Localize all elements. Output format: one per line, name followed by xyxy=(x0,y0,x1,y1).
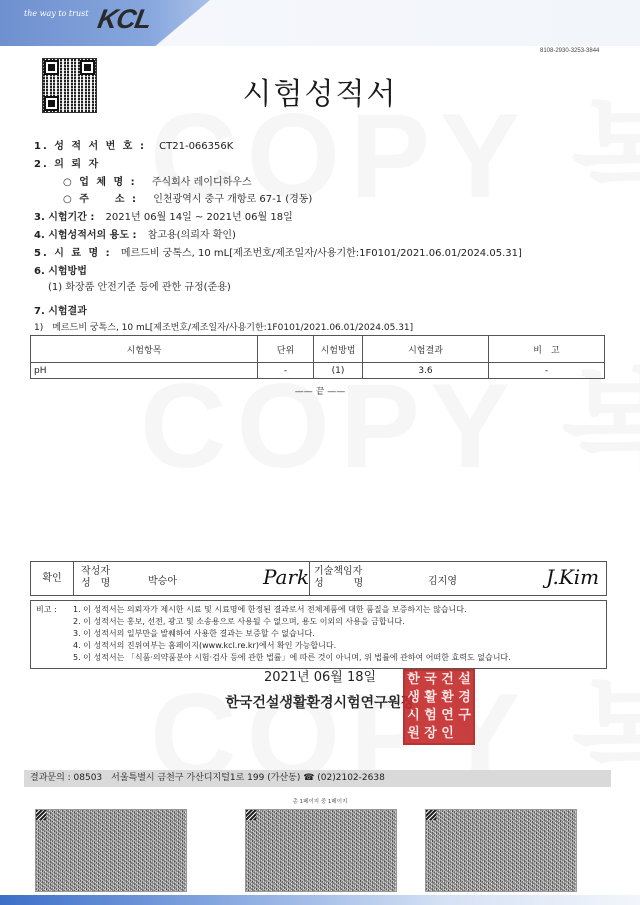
seal-char: 연 xyxy=(439,707,456,725)
cell-unit: - xyxy=(258,363,314,379)
confirmation-box: 확인 작성자 성 명 박승아 Park 기술책임자 성 명 김지영 J.Kim xyxy=(30,561,607,596)
report-number-label: 1. 성 적 서 번 호 : xyxy=(34,141,146,152)
writer-signature: Park xyxy=(263,565,309,589)
tech-manager-name: 김지영 xyxy=(428,572,457,587)
test-period-label: 3. 시험기간 : xyxy=(34,212,94,223)
seal-char: 생 xyxy=(405,689,422,707)
col-header-remarks: 비 고 xyxy=(489,336,605,363)
seal-char: 경 xyxy=(456,689,473,707)
test-results-label: 7. 시험결과 xyxy=(34,306,87,317)
confirm-label: 확인 xyxy=(31,562,74,595)
col-header-unit: 단위 xyxy=(258,336,314,363)
client-heading: 2. 의 뢰 자 xyxy=(34,155,100,170)
seal-char: 시 xyxy=(405,707,422,725)
tech-manager-signature: J.Kim xyxy=(546,565,599,589)
issuing-organization: 한국건설생활환경시험연구원장 xyxy=(0,692,640,712)
issue-date: 2021년 06월 18일 xyxy=(0,666,640,685)
document-serial: 8108-2930-3253-3844 xyxy=(540,48,599,54)
cell-test-item: pH xyxy=(31,363,258,379)
seal-char: 건 xyxy=(439,671,456,689)
seal-char: 국 xyxy=(422,671,439,689)
seal-char: 구 xyxy=(456,707,473,725)
sample-row: 5. 시 료 명 : 메르드비 궁톡스, 10 mL[제조번호/제조일자/사용기… xyxy=(34,244,522,259)
tech-role-name-label: 성 명 xyxy=(314,578,363,590)
note-item: 1. 이 성적서는 의뢰자가 제시한 시료 및 시료명에 한정된 결과로서 전체… xyxy=(73,604,467,615)
test-method-value: (1) 화장품 안전기준 등에 관한 규정(준용) xyxy=(48,278,231,293)
address-label: ○ 주 소 : xyxy=(63,194,138,205)
corner-mark-icon xyxy=(426,810,436,820)
writer-role-title: 작성자 xyxy=(81,566,110,578)
tagline: the way to trust xyxy=(24,9,88,18)
test-period-row: 3. 시험기간 : 2021년 06월 14일 ~ 2021년 06월 18일 xyxy=(34,208,293,223)
tech-role-title: 기술책임자 xyxy=(314,566,363,578)
company-label: ○ 업 체 명 : xyxy=(63,177,137,188)
col-header-result: 시험결과 xyxy=(363,336,489,363)
tech-manager-role: 기술책임자 성 명 xyxy=(314,566,363,590)
corner-mark-icon xyxy=(36,810,46,820)
cell-method: (1) xyxy=(314,363,363,379)
test-results-heading: 7. 시험결과 xyxy=(34,302,87,317)
security-pattern-image xyxy=(425,809,577,892)
sample-value: 메르드비 궁톡스, 10 mL[제조번호/제조일자/사용기한:1F0101/20… xyxy=(121,248,522,259)
security-pattern-image xyxy=(245,809,397,892)
notes-box: 비고 : 1. 이 성적서는 의뢰자가 제시한 시료 및 시료명에 한정된 결과… xyxy=(30,600,607,669)
purpose-label: 4. 시험성적서의 용도 : xyxy=(34,230,136,241)
seal-char: 한 xyxy=(405,671,422,689)
seal-char: 험 xyxy=(422,707,439,725)
test-method-label: 6. 시험방법 xyxy=(34,266,87,277)
notes-label: 비고 : xyxy=(36,604,57,615)
note-item: 3. 이 성적서의 일부만을 발췌하여 사용한 결과는 보증할 수 없습니다. xyxy=(73,628,315,639)
note-item: 2. 이 성적서는 홍보, 선전, 광고 및 소송용으로 사용될 수 없으며, … xyxy=(73,616,405,627)
company-value: 주식회사 레이디하우스 xyxy=(152,177,252,188)
note-item: 5. 이 성적서는 「식품·의약품분야 시험·검사 등에 관한 법률」에 따른 … xyxy=(73,652,511,663)
col-header-method: 시험방법 xyxy=(314,336,363,363)
footer-banner xyxy=(0,895,640,905)
seal-char xyxy=(456,725,473,743)
seal-char: 설 xyxy=(456,671,473,689)
address-row: ○ 주 소 : 인천광역시 중구 개항로 67-1 (경동) xyxy=(63,190,312,205)
kcl-logo: KCL xyxy=(95,4,153,35)
cell-result: 3.6 xyxy=(363,363,489,379)
note-item: 4. 이 성적서의 진위여부는 홈페이지(www.kcl.re.kr)에서 확인… xyxy=(73,640,336,651)
divider xyxy=(309,562,310,595)
report-number-row: 1. 성 적 서 번 호 : CT21-066356K xyxy=(34,137,233,152)
client-label: 2. 의 뢰 자 xyxy=(34,159,100,170)
official-seal-icon: 한 국 건 설 생 활 환 경 시 험 연 구 원 장 인 xyxy=(403,669,475,745)
page-count: 총 1페이지 중 1페이지 xyxy=(0,797,640,805)
corner-mark-icon xyxy=(246,810,256,820)
sample-label: 5. 시 료 명 : xyxy=(34,248,112,259)
seal-char: 환 xyxy=(439,689,456,707)
seal-char: 원 xyxy=(405,725,422,743)
purpose-row: 4. 시험성적서의 용도 : 참고용(의뢰자 확인) xyxy=(34,226,236,241)
report-number-value: CT21-066356K xyxy=(159,141,233,152)
col-header-test-item: 시험항목 xyxy=(31,336,258,363)
result-sample-name: 1) 메르드비 궁톡스, 10 mL[제조번호/제조일자/사용기한:1F0101… xyxy=(34,320,413,333)
address-value: 인천광역시 중구 개항로 67-1 (경동) xyxy=(153,194,312,205)
results-table: 시험항목 단위 시험방법 시험결과 비 고 pH - (1) 3.6 - xyxy=(30,335,605,379)
test-method-heading: 6. 시험방법 xyxy=(34,262,87,277)
test-period-value: 2021년 06월 14일 ~ 2021년 06월 18일 xyxy=(106,212,293,223)
table-row: pH - (1) 3.6 - xyxy=(31,363,605,379)
writer-role-name-label: 성 명 xyxy=(81,578,110,590)
cell-remarks: - xyxy=(489,363,605,379)
company-row: ○ 업 체 명 : 주식회사 레이디하우스 xyxy=(63,173,252,188)
writer-name: 박승아 xyxy=(148,572,177,587)
table-header-row: 시험항목 단위 시험방법 시험결과 비 고 xyxy=(31,336,605,363)
writer-role: 작성자 성 명 xyxy=(81,566,110,590)
purpose-value: 참고용(의뢰자 확인) xyxy=(148,230,236,241)
seal-char: 인 xyxy=(439,725,456,743)
end-mark: —— 끝 —— xyxy=(0,384,640,397)
seal-char: 장 xyxy=(422,725,439,743)
contact-bar: 결과문의 : 08503 서울특별시 금천구 가산디지털1로 199 (가산동)… xyxy=(24,770,611,787)
security-pattern-image xyxy=(35,809,187,892)
seal-char: 활 xyxy=(422,689,439,707)
